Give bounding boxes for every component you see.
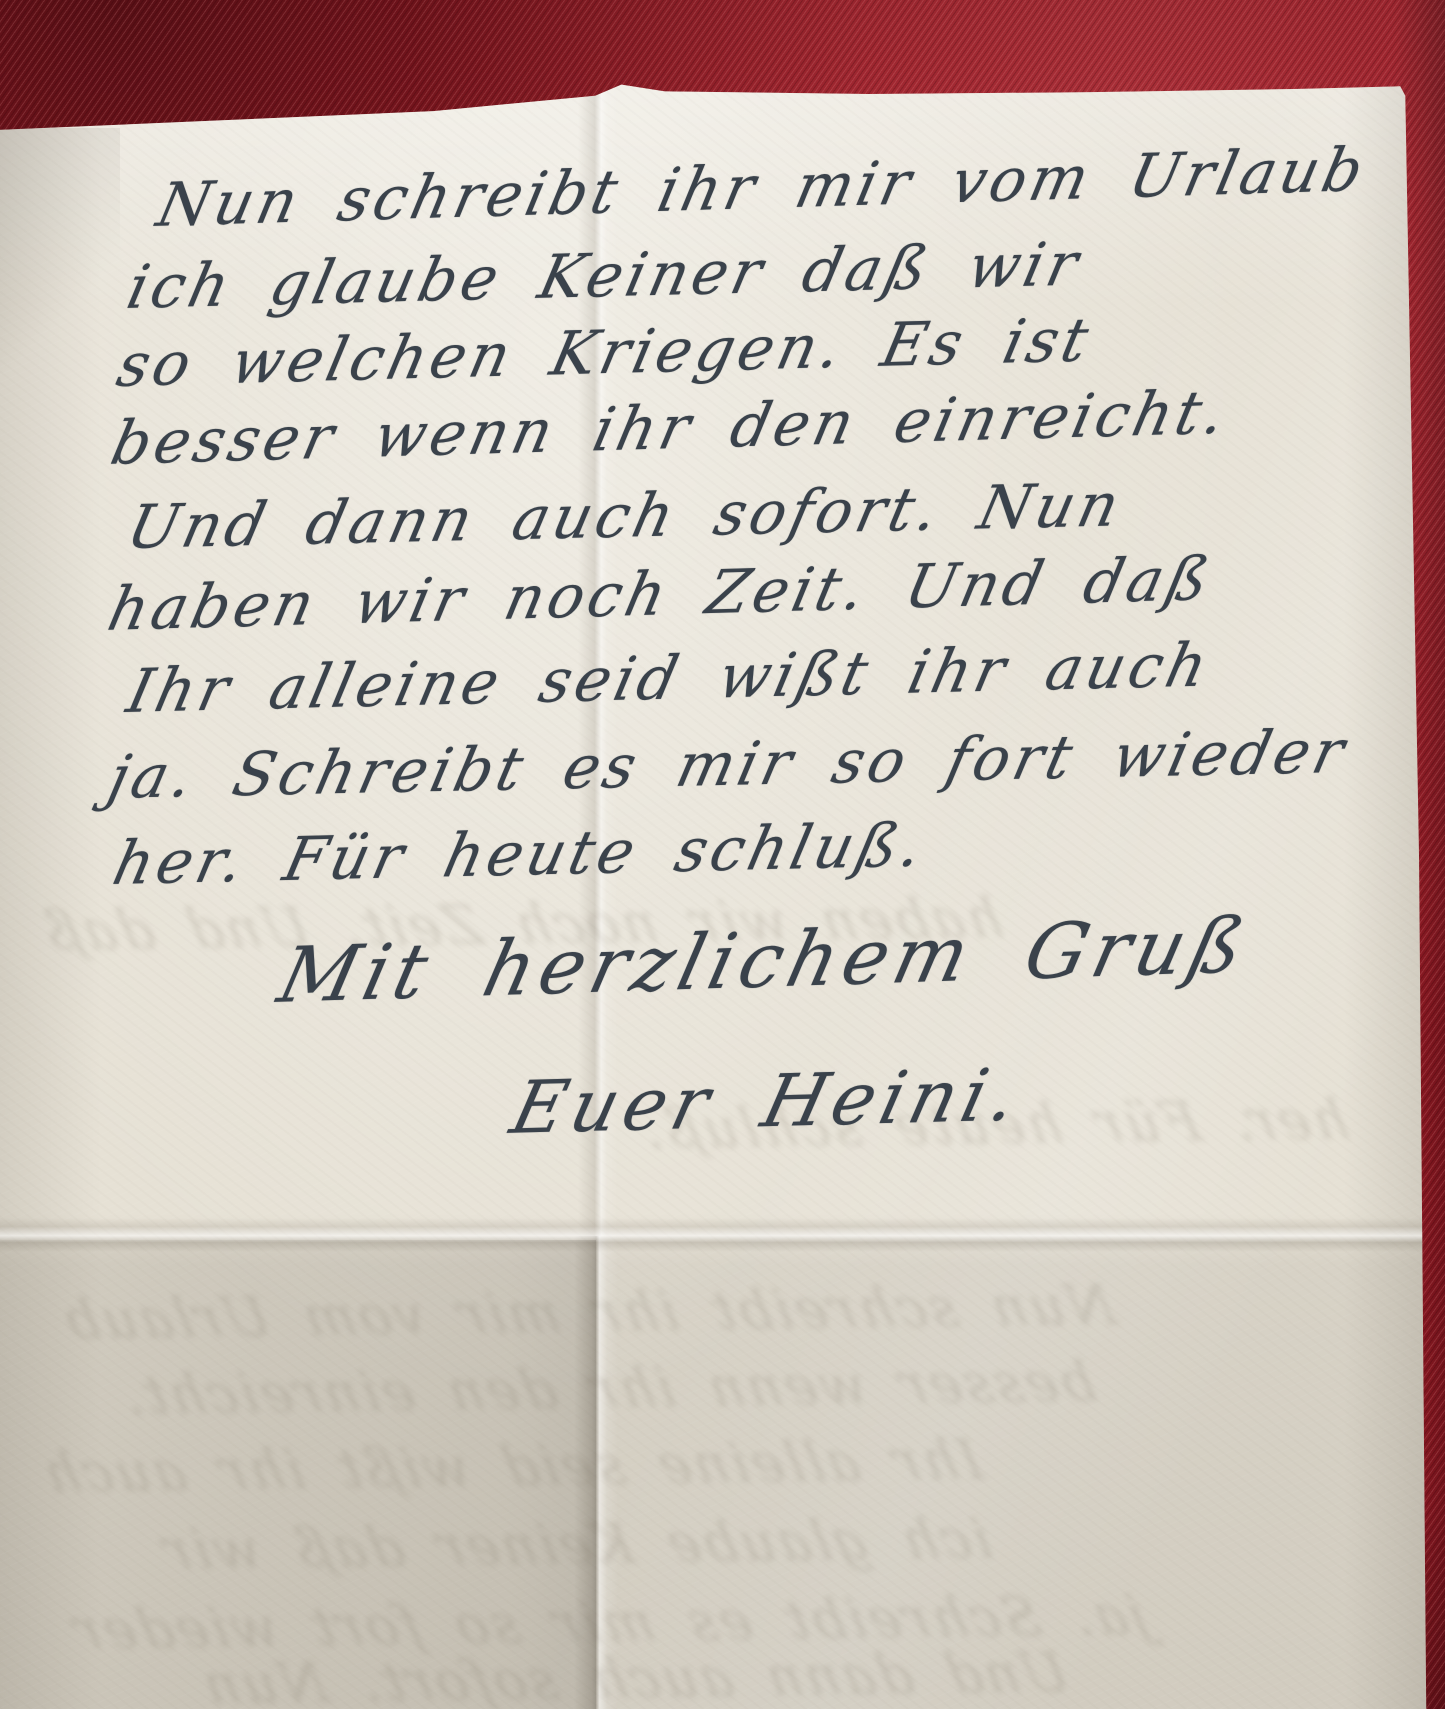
bleed-through-writing: Ihr alleine seid wißt ihr auch — [35, 1433, 989, 1500]
letter-paper-sheet: haben wir noch Zeit. Und daß her. Für he… — [0, 0, 1445, 1709]
letter-photograph: haben wir noch Zeit. Und daß her. Für he… — [0, 0, 1445, 1709]
bleed-through-writing: besser wenn ihr den einreicht. — [115, 1355, 1102, 1423]
bleed-through-writing: ich glaube Keiner daß wir — [154, 1512, 997, 1578]
bleed-through-writing: Und dann auch sofort. Nun — [194, 1646, 1074, 1709]
paper-edge-shadow — [0, 128, 120, 428]
letter-line: her. Für heute schluß. — [108, 815, 931, 894]
letter-signature: Euer Heini. — [505, 1058, 1030, 1144]
bleed-through-writing: Nun schreibt ihr mir vom Urlaub — [55, 1279, 1122, 1348]
